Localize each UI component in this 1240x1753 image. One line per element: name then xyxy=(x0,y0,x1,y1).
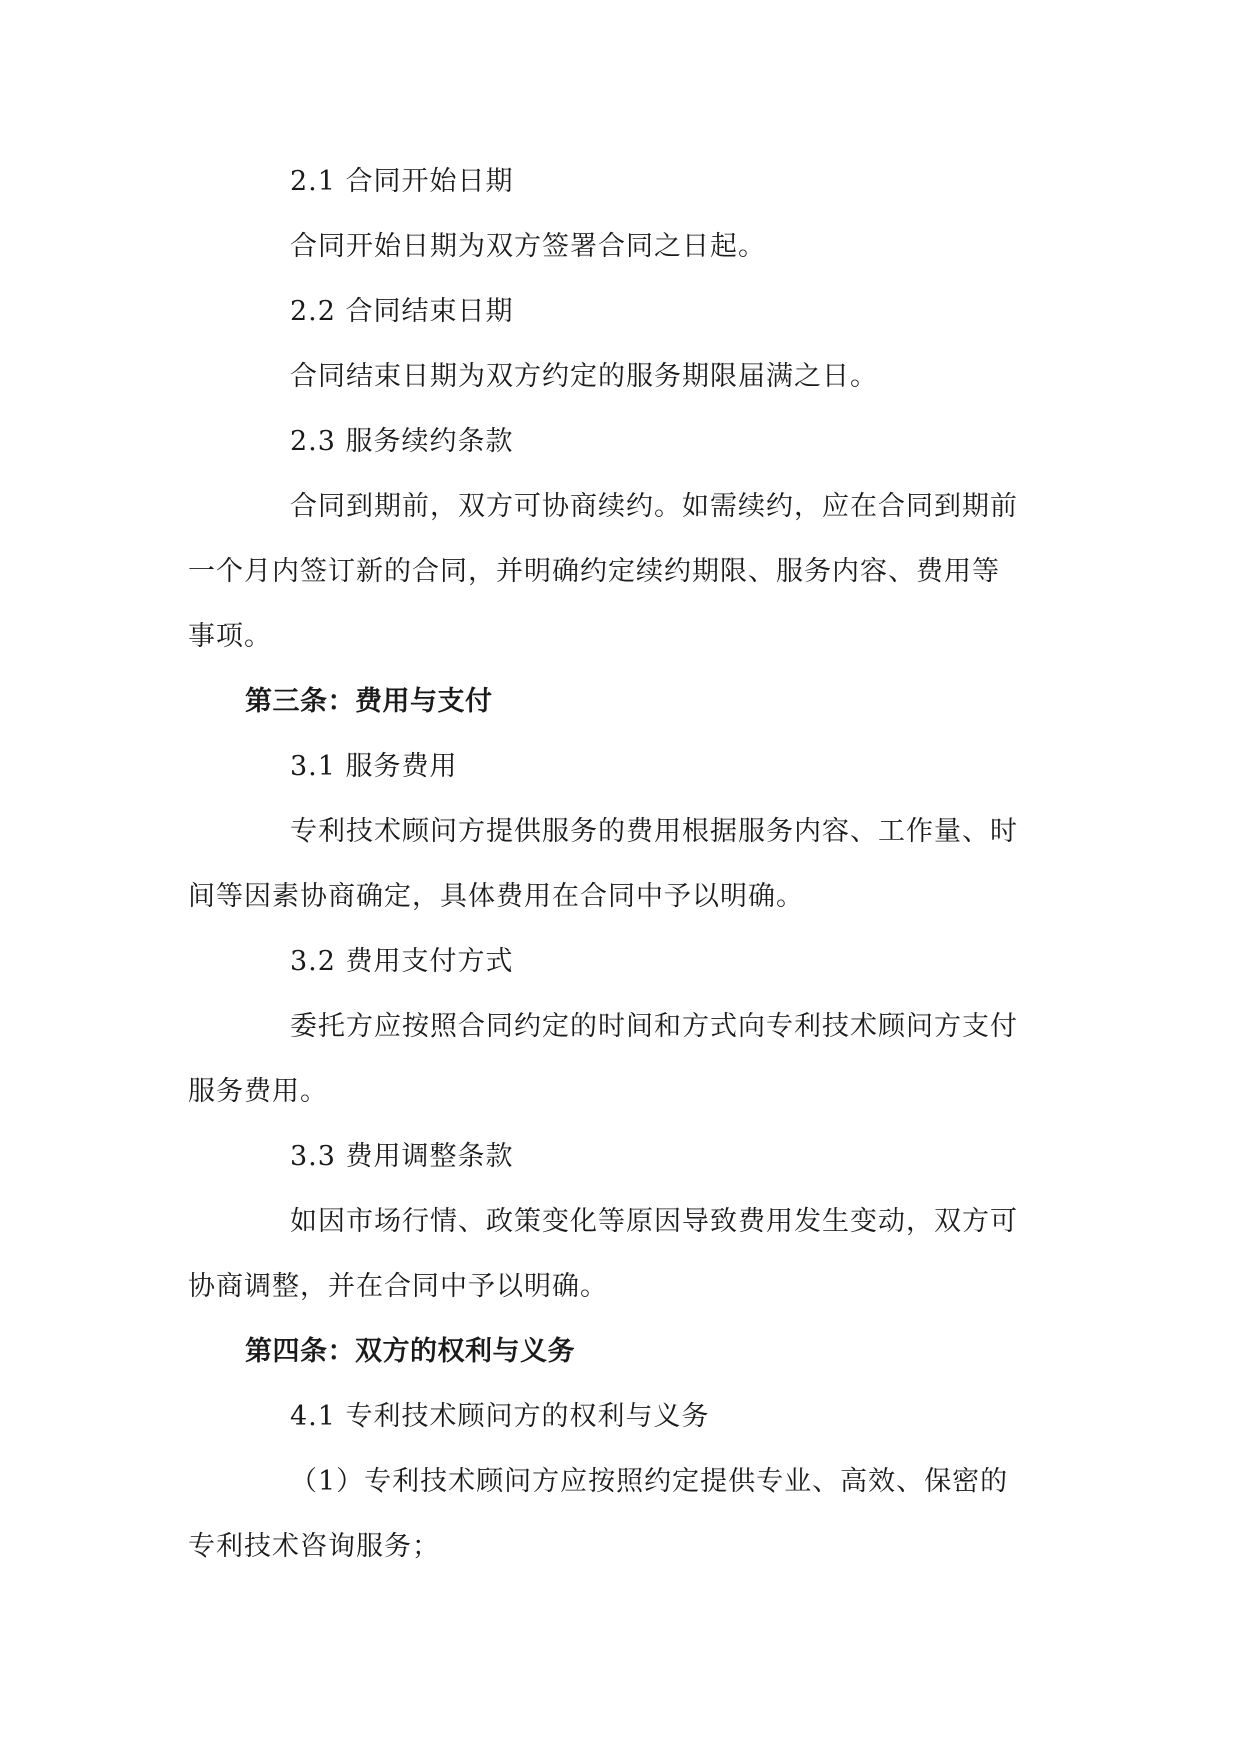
section-4-1-title: 4.1 专利技术顾问方的权利与义务 xyxy=(290,1397,710,1437)
section-2-3-body-line-1: 合同到期前，双方可协商续约。如需续约，应在合同到期前 xyxy=(290,487,1018,527)
section-2-1-body: 合同开始日期为双方签署合同之日起。 xyxy=(290,227,766,267)
document-page: 2.1 合同开始日期 合同开始日期为双方签署合同之日起。 2.2 合同结束日期 … xyxy=(0,0,1240,1753)
section-3-1-body-line-2: 间等因素协商确定，具体费用在合同中予以明确。 xyxy=(188,877,804,917)
section-2-1-title: 2.1 合同开始日期 xyxy=(290,162,514,202)
section-3-2-body-line-1: 委托方应按照合同约定的时间和方式向专利技术顾问方支付 xyxy=(290,1007,1018,1047)
section-2-3-title: 2.3 服务续约条款 xyxy=(290,422,514,462)
section-2-3-body-line-3: 事项。 xyxy=(188,617,272,657)
section-3-1-body-line-1: 专利技术顾问方提供服务的费用根据服务内容、工作量、时 xyxy=(290,812,1018,852)
section-4-1-item-1-line-2: 专利技术咨询服务； xyxy=(188,1527,440,1567)
article-3-heading: 第三条：费用与支付 xyxy=(245,682,493,722)
section-3-2-title: 3.2 费用支付方式 xyxy=(290,942,514,982)
section-2-2-body: 合同结束日期为双方约定的服务期限届满之日。 xyxy=(290,357,878,397)
article-4-heading: 第四条：双方的权利与义务 xyxy=(245,1332,575,1372)
section-4-1-item-1-line-1: （1）专利技术顾问方应按照约定提供专业、高效、保密的 xyxy=(290,1462,1008,1502)
section-3-3-body-line-1: 如因市场行情、政策变化等原因导致费用发生变动，双方可 xyxy=(290,1202,1018,1242)
section-2-2-title: 2.2 合同结束日期 xyxy=(290,292,514,332)
section-3-2-body-line-2: 服务费用。 xyxy=(188,1072,328,1112)
section-3-1-title: 3.1 服务费用 xyxy=(290,747,458,787)
section-2-3-body-line-2: 一个月内签订新的合同，并明确约定续约期限、服务内容、费用等 xyxy=(188,552,1000,592)
section-3-3-body-line-2: 协商调整，并在合同中予以明确。 xyxy=(188,1267,608,1307)
section-3-3-title: 3.3 费用调整条款 xyxy=(290,1137,514,1177)
